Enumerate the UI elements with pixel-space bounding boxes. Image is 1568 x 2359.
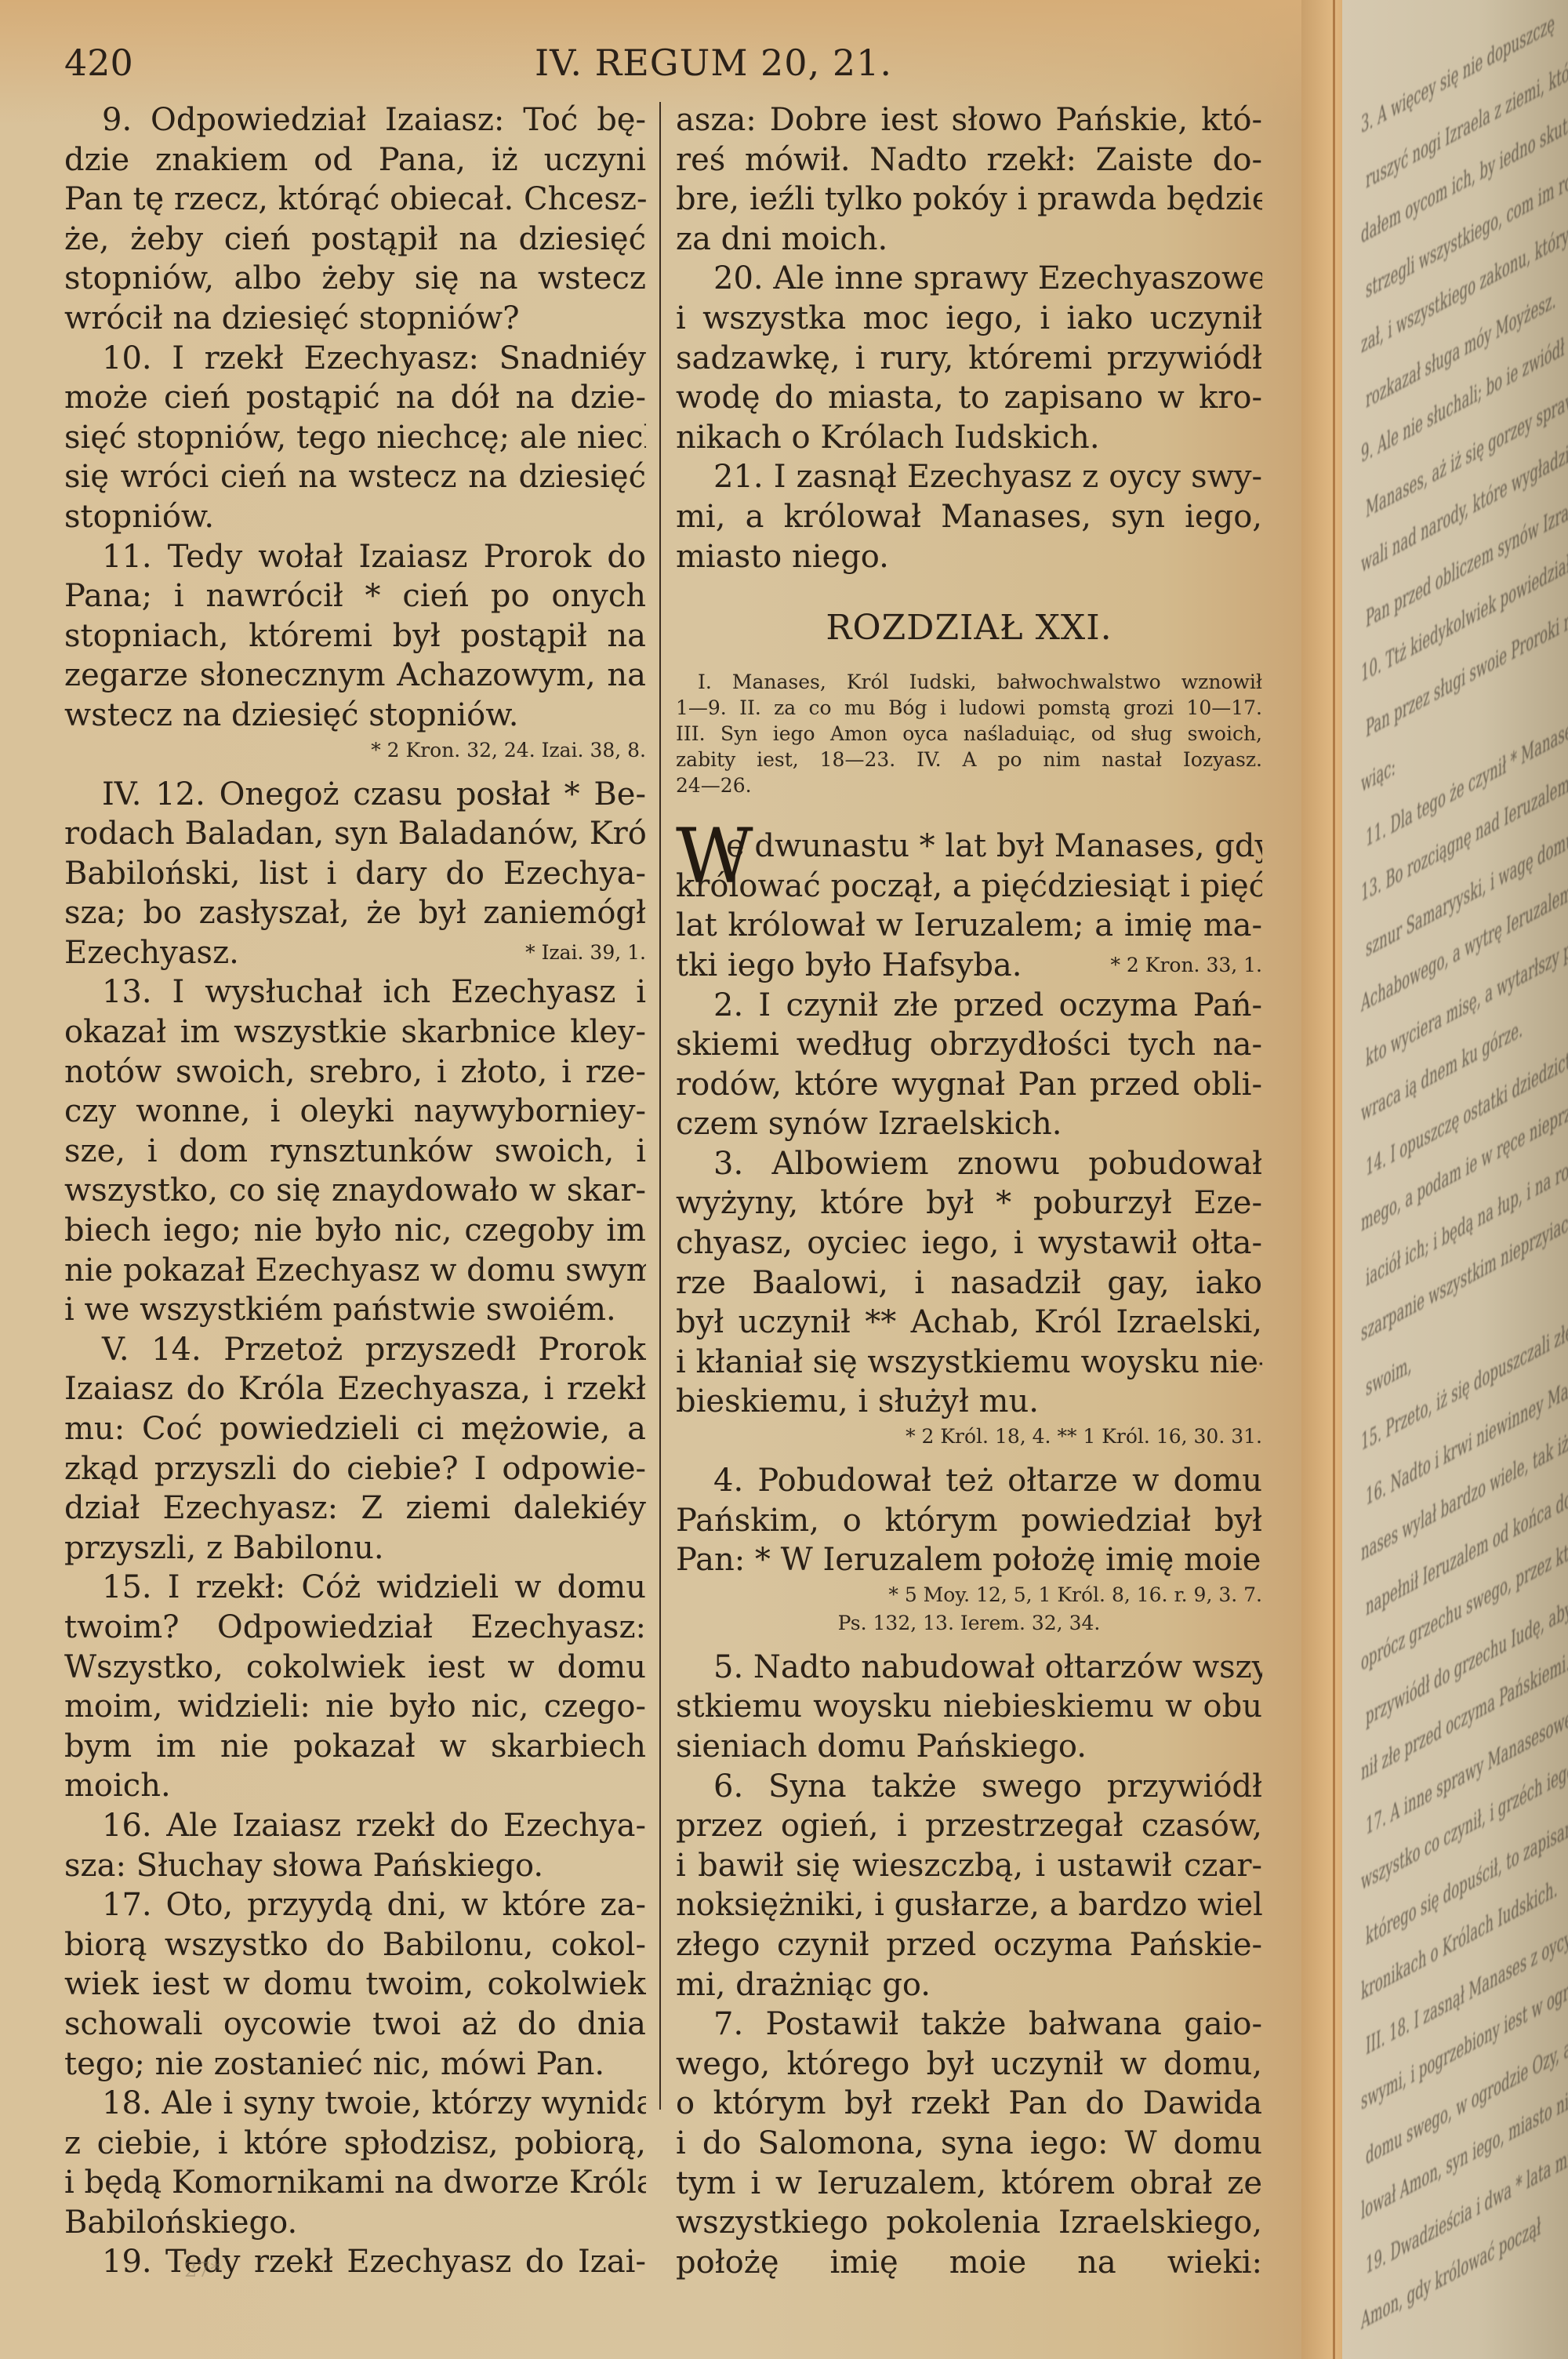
- text-line: może cień postąpić na dół na dzie-: [64, 378, 646, 418]
- text-line: królować począł, a pięćdziesiąt i pięć: [676, 867, 1262, 907]
- text-line: IV. 12. Onegoż czasu posłał * Be-: [64, 775, 646, 815]
- text-line: 13. I wysłuchał ich Ezechyasz i: [64, 972, 646, 1012]
- text-line: mu: Coć powiedzieli ci mężowie, a: [64, 1409, 646, 1449]
- verse-paragraph: 15. I rzekł: Cóż widzieli w domutwoim? O…: [64, 1568, 646, 1806]
- chapter-title: ROZDZIAŁ XXI.: [676, 605, 1262, 652]
- text-line: stkiemu woysku niebieskiemu w obu: [676, 1687, 1262, 1727]
- text-line: wszystkiego pokolenia Izraelskiego,: [676, 2203, 1262, 2243]
- text-line: biech iego; nie było nic, czegoby im: [64, 1211, 646, 1251]
- verse-paragraph: 20. Ale inne sprawy Ezechyaszowe,i wszys…: [676, 259, 1262, 457]
- verse-paragraph: 16. Ale Izaiasz rzekł do Ezechya-sza: Sł…: [64, 1806, 646, 1885]
- text-line: skiemi według obrzydłości tych na-: [676, 1025, 1262, 1065]
- text-line: z ciebie, i które spłodzisz, pobiorą,: [64, 2124, 646, 2164]
- verse-paragraph: asza: Dobre iest słowo Pańskie, któ-reś …: [676, 100, 1262, 259]
- running-title: IV. REGUM 20, 21.: [535, 39, 892, 86]
- text-line: 3. Albowiem znowu pobudował: [676, 1144, 1262, 1184]
- summary-line: zabity iest, 18—23. IV. A po nim nastał …: [676, 747, 1262, 772]
- text-line: mi, a królował Manases, syn iego,: [676, 497, 1262, 537]
- text-line: Izaiasz do Króla Ezechyasza, i rzekł: [64, 1369, 646, 1409]
- text-line: asza: Dobre iest słowo Pańskie, któ-: [676, 100, 1262, 140]
- text-line: dzie znakiem od Pana, iż uczyni: [64, 140, 646, 180]
- verse-paragraph: 21. I zasnął Ezechyasz z oycy swy-mi, a …: [676, 457, 1262, 576]
- text-line: wrócił na dziesięć stopniów?: [64, 299, 646, 339]
- book-page-right-curled: 3. A więcey się nie dopuszczęruszyć nogi…: [1342, 0, 1568, 2359]
- text-line: tego; nie zostanieć nic, mówi Pan.: [64, 2045, 646, 2085]
- signature-mark: 27*: [184, 2259, 220, 2282]
- text-line: i we wszystkiém państwie swoiém.: [64, 1290, 646, 1330]
- text-line: sieniach domu Pańskiego.: [676, 1727, 1262, 1767]
- text-line: Ezechyasz.* Izai. 39, 1.: [64, 933, 646, 973]
- text-line: wyżyny, które był * poburzył Eze-: [676, 1183, 1262, 1223]
- text-line-content: Ezechyasz.: [64, 933, 239, 973]
- column-divider: [659, 102, 661, 2110]
- text-line: Babilońskiego.: [64, 2203, 646, 2243]
- text-line: bym im nie pokazał w skarbiech: [64, 1727, 646, 1767]
- text-line: wszystko, co się znaydowało w skar-: [64, 1171, 646, 1211]
- book-page-left: 420 IV. REGUM 20, 21. 9. Odpowiedział Iz…: [0, 0, 1317, 2359]
- text-line-content: tki iego było Hafsyba.: [676, 946, 1022, 986]
- text-line: położę imię moie na wieki:: [676, 2243, 1262, 2283]
- text-line: i będą Komornikami na dworze Króla: [64, 2163, 646, 2203]
- page-number: 420: [64, 39, 133, 86]
- text-line: sza: Słuchay słowa Pańskiego.: [64, 1846, 646, 1886]
- text-line: się wróci cień na wstecz na dziesięć: [64, 457, 646, 497]
- text-line: 16. Ale Izaiasz rzekł do Ezechya-: [64, 1806, 646, 1846]
- text-line: stopniów, albo żeby się na wstecz: [64, 259, 646, 299]
- text-line: 21. I zasnął Ezechyasz z oycy swy-: [676, 457, 1262, 497]
- verse-paragraph: 9. Odpowiedział Izaiasz: Toć bę-dzie zna…: [64, 100, 646, 339]
- text-line: 18. Ale i syny twoie, którzy wynidą: [64, 2084, 646, 2124]
- left-column: 9. Odpowiedział Izaiasz: Toć bę-dzie zna…: [64, 100, 646, 2282]
- text-line: i kłaniał się wszystkiemu woysku nie-: [676, 1343, 1262, 1383]
- text-line: 17. Oto, przyydą dni, w które za-: [64, 1885, 646, 1925]
- spine-edge: [1333, 0, 1335, 2359]
- text-line: rodach Baladan, syn Baladanów, Król: [64, 814, 646, 854]
- verse-paragraph: 7. Postawił także bałwana gaio-wego, któ…: [676, 2005, 1262, 2282]
- cross-reference-footnote: * 2 Kron. 32, 24. Izai. 38, 8.: [64, 737, 646, 764]
- text-line: Pana; i nawrócił * cień po onych: [64, 576, 646, 616]
- text-line: tym i w Ieruzalem, którem obrał ze: [676, 2164, 1262, 2204]
- text-line: stopniach, któremi był postąpił na: [64, 616, 646, 656]
- inline-footnote: * 2 Kron. 33, 1.: [1110, 946, 1262, 986]
- text-line: 15. I rzekł: Cóż widzieli w domu: [64, 1568, 646, 1608]
- verse-paragraph: 3. Albowiem znowu pobudowałwyżyny, które…: [676, 1144, 1262, 1422]
- text-line: przyszli, z Babilonu.: [64, 1528, 646, 1568]
- text-line: zkąd przyszli do ciebie? I odpowie-: [64, 1449, 646, 1489]
- text-line: Pan: * W Ieruzalem położę imię moie.: [676, 1540, 1262, 1580]
- summary-line: 24—26.: [676, 772, 1262, 798]
- verse-paragraph: 5. Nadto nabudował ołtarzów wszy-stkiemu…: [676, 1648, 1262, 1767]
- text-line: mi, drażniąc go.: [676, 1965, 1262, 2005]
- text-line: 11. Tedy wołał Izaiasz Prorok do: [64, 537, 646, 577]
- text-line: okazał im wszystkie skarbnice kley-: [64, 1012, 646, 1052]
- cross-reference-footnote: * 5 Moy. 12, 5, 1 Król. 8, 16. r. 9, 3. …: [676, 1582, 1262, 1608]
- text-line: zegarze słonecznym Achazowym, na: [64, 656, 646, 696]
- text-line: V. 14. Przetoż przyszedł Prorok: [64, 1330, 646, 1370]
- verse-paragraph: 13. I wysłuchał ich Ezechyasz iokazał im…: [64, 972, 646, 1329]
- text-line: 7. Postawił także bałwana gaio-: [676, 2005, 1262, 2045]
- verse-paragraph: 10. I rzekł Ezechyasz: Snadniéymoże cień…: [64, 339, 646, 537]
- text-line: i do Salomona, syna iego: W domu: [676, 2124, 1262, 2164]
- inline-footnote: * Izai. 39, 1.: [525, 933, 646, 973]
- text-line: moich.: [64, 1766, 646, 1806]
- text-line: schowali oycowie twoi aż do dnia: [64, 2005, 646, 2045]
- text-line: Wszystko, cokolwiek iest w domu: [64, 1648, 646, 1688]
- verse-paragraph: 11. Tedy wołał Izaiasz Prorok doPana; i …: [64, 537, 646, 736]
- text-line: lat królował w Ieruzalem; a imię ma-: [676, 906, 1262, 946]
- right-column: asza: Dobre iest słowo Pańskie, któ-reś …: [676, 100, 1262, 2282]
- text-line: notów swoich, srebro, i złoto, i rze-: [64, 1052, 646, 1092]
- text-line: 2. I czynił złe przed oczyma Pań-: [676, 986, 1262, 1026]
- text-line: za dni moich.: [676, 220, 1262, 260]
- text-line: był uczynił ** Achab, Król Izraelski,: [676, 1303, 1262, 1343]
- text-line: reś mówił. Nadto rzekł: Zaiste do-: [676, 140, 1262, 180]
- text-line: 5. Nadto nabudował ołtarzów wszy-: [676, 1648, 1262, 1688]
- text-line: i wszystka moc iego, i iako uczynił: [676, 299, 1262, 339]
- text-line: i bawił się wieszczbą, i ustawił czar-: [676, 1846, 1262, 1886]
- summary-line: III. Syn iego Amon oyca naśladuiąc, od s…: [676, 721, 1262, 747]
- text-line: twoim? Odpowiedział Ezechyasz:: [64, 1608, 646, 1648]
- verse-paragraph: V. 14. Przetoż przyszedł ProrokIzaiasz d…: [64, 1330, 646, 1568]
- text-line: sze, i dom rynsztunków swoich, i: [64, 1132, 646, 1172]
- text-line: 20. Ale inne sprawy Ezechyaszowe,: [676, 259, 1262, 299]
- text-line: przez ogień, i przestrzegał czasów,: [676, 1806, 1262, 1846]
- verse-paragraph: 18. Ale i syny twoie, którzy wynidąz cie…: [64, 2084, 646, 2242]
- text-line: wodę do miasta, to zapisano w kro-: [676, 378, 1262, 418]
- text-line: wego, którego był uczynił w domu,: [676, 2045, 1262, 2085]
- verse-paragraph: 6. Syna także swego przywiódłprzez ogień…: [676, 1767, 1262, 2005]
- text-line: rze Baalowi, i nasadził gay, iako: [676, 1263, 1262, 1303]
- drop-cap-letter: W: [676, 819, 753, 894]
- running-header: 420 IV. REGUM 20, 21.: [64, 39, 1272, 86]
- verse-paragraph: IV. 12. Onegoż czasu posłał * Be-rodach …: [64, 775, 646, 973]
- text-line: bieskiemu, i służył mu.: [676, 1382, 1262, 1422]
- text-line: o którym był rzekł Pan do Dawida: [676, 2084, 1262, 2124]
- text-line: 4. Pobudował też ołtarze w domu: [676, 1461, 1262, 1501]
- text-line: Pańskim, o którym powiedział był: [676, 1501, 1262, 1541]
- text-line: 10. I rzekł Ezechyasz: Snadniéy: [64, 339, 646, 379]
- text-line: sięć stopniów, tego niechcę; ale niech: [64, 418, 646, 458]
- text-line: Babiloński, list i dary do Ezechya-: [64, 854, 646, 894]
- summary-line: 1—9. II. za co mu Bóg i ludowi pomstą gr…: [676, 695, 1262, 721]
- text-line: noksiężniki, i gusłarze, a bardzo wiele: [676, 1885, 1262, 1925]
- text-line: 9. Odpowiedział Izaiasz: Toć bę-: [64, 100, 646, 140]
- text-line: złego czynił przed oczyma Pańskie-: [676, 1925, 1262, 1965]
- text-line: sza; bo zasłyszał, że był zaniemógł: [64, 893, 646, 933]
- text-line: rodów, które wygnał Pan przed obli-: [676, 1065, 1262, 1105]
- text-line: tki iego było Hafsyba.* 2 Kron. 33, 1.: [676, 946, 1262, 986]
- text-line: miasto niego.: [676, 537, 1262, 577]
- verse-paragraph: 17. Oto, przyydą dni, w które za-biorą w…: [64, 1885, 646, 2084]
- text-line: moim, widzieli: nie było nic, czego-: [64, 1687, 646, 1727]
- text-line: nikach o Królach Iudskich.: [676, 418, 1262, 458]
- opening-verse: We dwunastu * lat był Manases, gdykrólow…: [676, 827, 1262, 985]
- text-line: że, żeby cień postąpił na dziesięć: [64, 220, 646, 260]
- verse-paragraph: 19. Tedy rzekł Ezechyasz do Izai-: [64, 2242, 646, 2282]
- text-line: 19. Tedy rzekł Ezechyasz do Izai-: [64, 2242, 646, 2282]
- text-line: bre, ieźli tylko pokóy i prawda będzie: [676, 180, 1262, 220]
- chapter-summary: I. Manases, Król Iudski, bałwochwalstwo …: [676, 669, 1262, 798]
- cross-reference-footnote: * 2 Król. 18, 4. ** 1 Król. 16, 30. 31.: [676, 1423, 1262, 1450]
- text-line: nie pokazał Ezechyasz w domu swym,: [64, 1251, 646, 1291]
- cross-reference-footnote: Ps. 132, 13. Ierem. 32, 34.: [676, 1610, 1262, 1637]
- text-line: wstecz na dziesięć stopniów.: [64, 696, 646, 736]
- verse-paragraph: 2. I czynił złe przed oczyma Pań-skiemi …: [676, 986, 1262, 1144]
- verse-paragraph: 4. Pobudował też ołtarze w domuPańskim, …: [676, 1461, 1262, 1580]
- text-line: 6. Syna także swego przywiódł: [676, 1767, 1262, 1807]
- text-line: dział Ezechyasz: Z ziemi dalekiéy: [64, 1488, 646, 1528]
- text-line: e dwunastu * lat był Manases, gdy: [676, 827, 1262, 867]
- text-line: biorą wszystko do Babilonu, cokol-: [64, 1925, 646, 1965]
- summary-line: I. Manases, Król Iudski, bałwochwalstwo …: [676, 669, 1262, 695]
- text-line: stopniów.: [64, 497, 646, 537]
- text-line: Pan tę rzecz, którąć obiecał. Chcesz-: [64, 180, 646, 220]
- text-line: czy wonne, i oleyki naywyborniey-: [64, 1092, 646, 1132]
- text-line: wiek iest w domu twoim, cokolwiek: [64, 1965, 646, 2005]
- text-line: czem synów Izraelskich.: [676, 1104, 1262, 1144]
- text-line: chyasz, oyciec iego, i wystawił ołta-: [676, 1223, 1262, 1263]
- text-line: sadzawkę, i rury, któremi przywiódł: [676, 339, 1262, 379]
